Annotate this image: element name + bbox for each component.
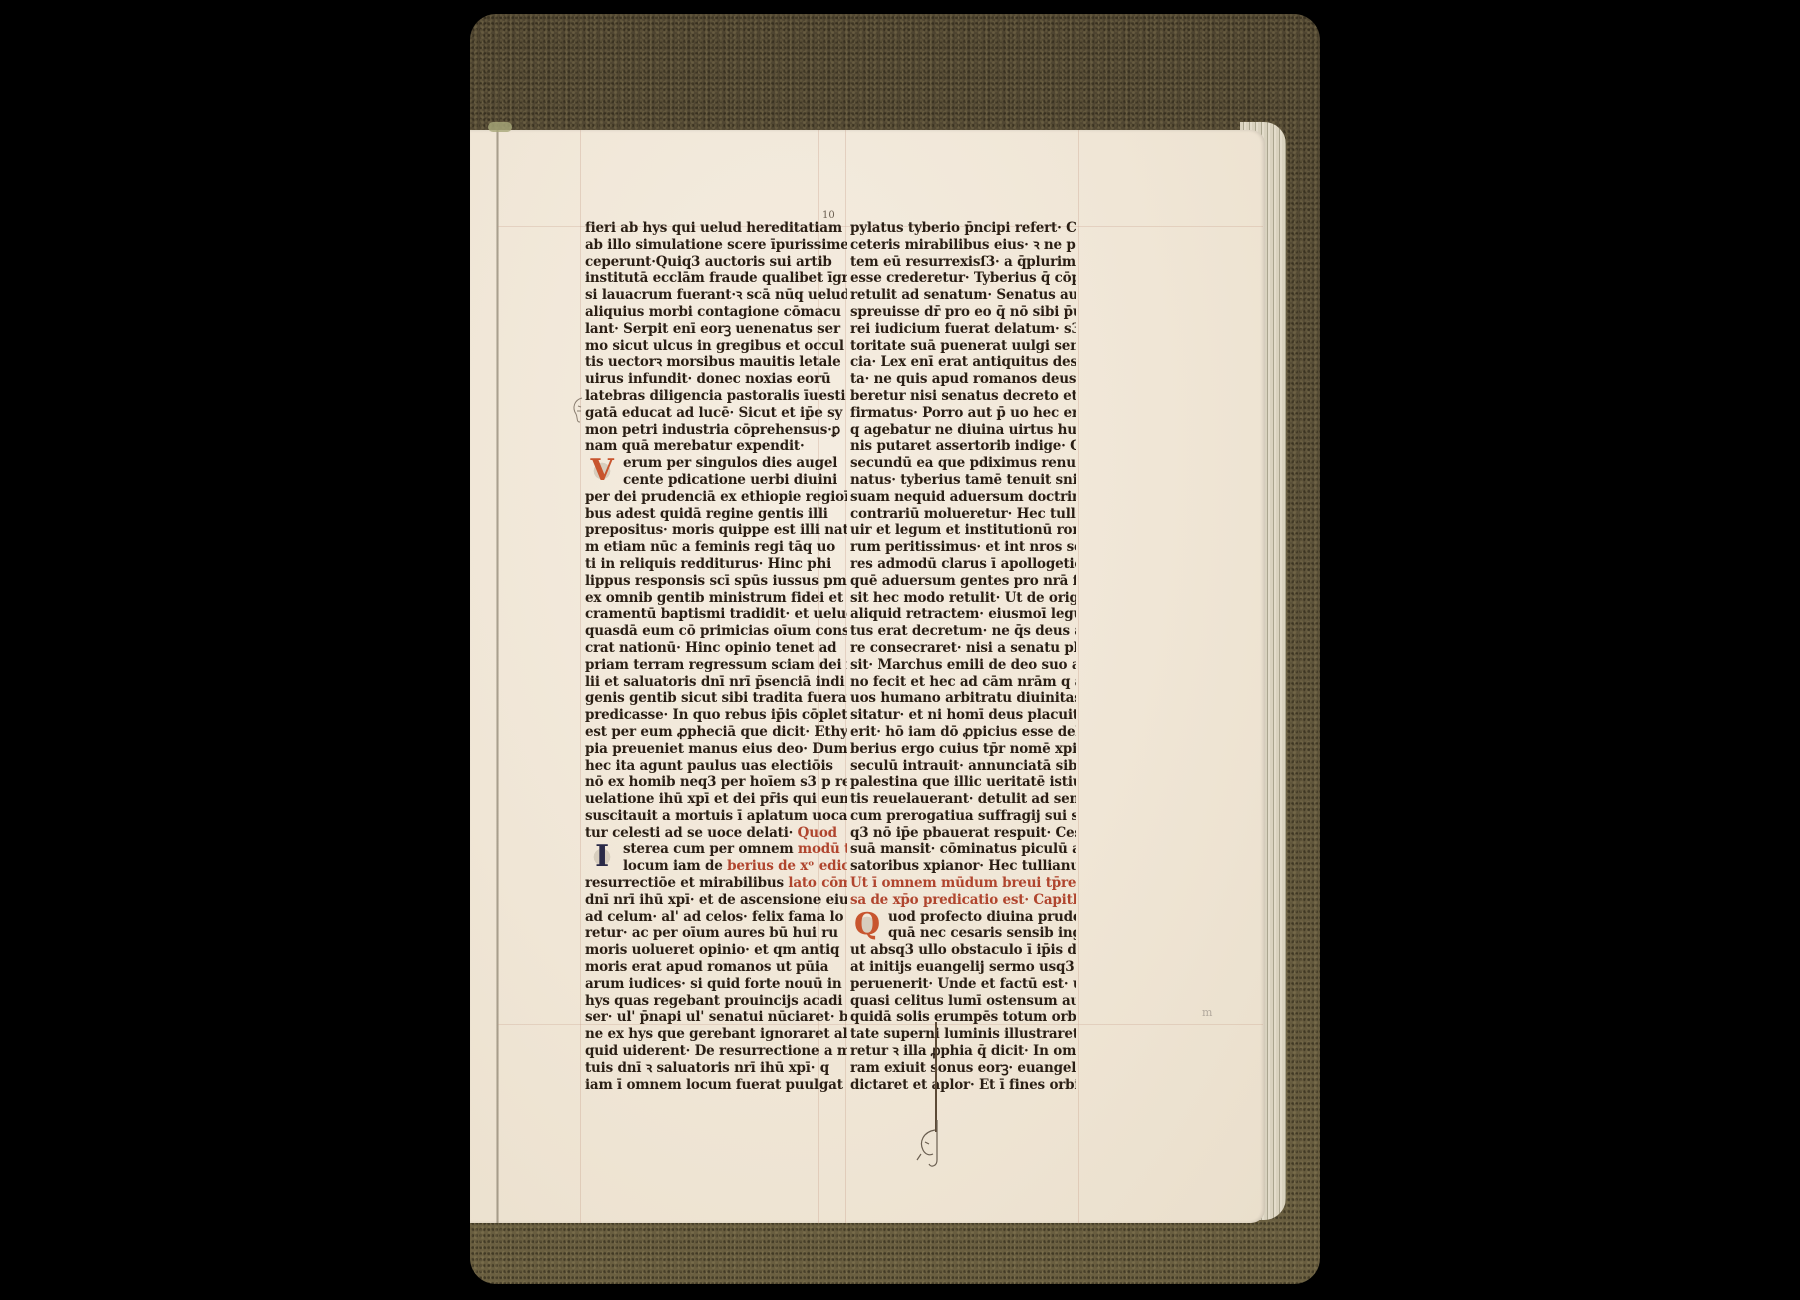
text-line: ser· ul' p̄napi ul' senatui nūciaret· ba (585, 1009, 847, 1026)
text-line: resurrectiōe et mirabilibus lato cōmonet… (585, 875, 847, 892)
text-line: quasdā eum cō primicias oīum conse (585, 623, 847, 640)
section-v: V erum per singulos dies augel cente pdi… (585, 455, 847, 841)
text-line: seculū intrauit· annunciatā sibi ex syri… (850, 758, 1076, 775)
text-line: moris uolueret opinio· et qm antiq (585, 942, 847, 959)
text-line: retur ꝛ illa ꝓphia q̄ dicit· In omnem t̄ (850, 1043, 1076, 1060)
text-line: ut absq3 ullo obstaculo ī ip̄is dū ter (850, 942, 1076, 959)
text-line: sitatur· et ni homī deus placuit· ds nō (850, 707, 1076, 724)
text-line: rum peritissimus· et int̄ nros scripto (850, 539, 1076, 556)
text-line: ram exiuit sonus eorꝫ· euangelistarū (850, 1060, 1076, 1077)
text-line: iam ī omnem locum fuerat puulgat (585, 1077, 847, 1094)
text-line: contrariū molueretur· Hec tullianus (850, 506, 1076, 523)
text-line: secundū ea que pdiximus renuissꝫ se (850, 455, 1076, 472)
text-line: hys quas regebant prouincijs acadi (585, 993, 847, 1010)
rubric: lato cōmonet· (788, 875, 847, 891)
text-line: uod profecto diuina prudencia (888, 909, 1076, 926)
signature-mark: m (1202, 1006, 1212, 1019)
text-line: ti in reliquis redditurus· Hinc phi (585, 556, 847, 573)
text-line: m etiam nūc a feminis regi tāq uo (585, 539, 847, 556)
text-line: no fecit et hec ad cām nrām q apd (850, 674, 1076, 691)
text-line: dnī nrī ihū xpī· et de ascensione eius (585, 892, 847, 909)
text-line: quā nec cesaris sensib ingessit (888, 925, 1076, 942)
text-line: tis uectorꝛ morsibus mauitis letale (585, 354, 847, 371)
rubric: Quod (798, 825, 837, 841)
text-line: tus erat decretum· ne q̄s deus ab īpato (850, 623, 1076, 640)
text-line: sit hec modo retulit· Ut de origīe iq̄o (850, 590, 1076, 607)
illuminated-initial: I (585, 841, 619, 873)
text-line: nis putaret assertorib indige· Cuiq3 (850, 438, 1076, 455)
text-line: uelatione ihū xpī et dei pr̄is qui eum (585, 791, 847, 808)
ruling-line (1078, 130, 1079, 1223)
text-line: quidā solis erumpēs totum orbē clari (850, 1009, 1076, 1026)
text-line: locum iam de berius de xᵒ edict a py (623, 858, 847, 875)
ruling-line (580, 130, 581, 1223)
text-line: at initijs euangelij sermo usq3 quaq3 (850, 959, 1076, 976)
text-line: sterea cum per omnem modū ty (623, 841, 847, 858)
text-line: fieri ab hys qui uelud hereditatiam (585, 220, 847, 237)
illuminated-initial: Q (850, 909, 884, 941)
text-line: suam nequid aduersum doctrinā xpī (850, 489, 1076, 506)
text-line: cente pdicatione uerbi diuini (623, 472, 847, 489)
text-line: ne ex hys que gerebant ignoraret ali (585, 1026, 847, 1043)
text-line: spreuisse dr̄ pro eo q̄ nō sibi p̄us hui (850, 304, 1076, 321)
text-line: predicasse· In quo rebus ip̄is cōpleta (585, 707, 847, 724)
text-line: palestina que illic ueritatē istius diui… (850, 774, 1076, 791)
rubric-heading: sa de xp̄o predicatio est· Capitl· (850, 892, 1076, 909)
text-line: quid uiderent· De resurrectione a mor (585, 1043, 847, 1060)
section-q: Q uod profecto diuina prudencia quā nec … (850, 909, 1076, 1094)
text-line: uir et legum et institutionū romano (850, 522, 1076, 539)
rubric: berius de xᵒ edict a py (727, 858, 847, 874)
text-line: erum per singulos dies augel (623, 455, 847, 472)
rubric: modū ty (798, 841, 847, 857)
text-line: ex omnib gentib ministrum fidei et sa (585, 590, 847, 607)
text-line: ceperunt·Quiq3 auctoris sui artib (585, 254, 847, 271)
section-i: I sterea cum per omnem modū ty locum iam… (585, 841, 847, 1093)
text-line: lant· Serpit enī eorꝫ uenenatus ser (585, 321, 847, 338)
text-line: moris erat apud romanos ut pūia (585, 959, 847, 976)
catchword-guide-line (935, 1022, 937, 1132)
text-line: gatā educat ad lucē· Sicut et ip̄e sy (585, 405, 847, 422)
gutter-fold (496, 130, 499, 1223)
text-line: esse crederetur· Tyberius q̄ cōpererat (850, 270, 1076, 287)
text-line: tem eū resurrexisſ3· a q̄plurimis iam de (850, 254, 1076, 271)
text-line: retur· ac per oīum aures bū hui ru (585, 925, 847, 942)
binding-thread (488, 122, 512, 132)
text-line: rei iudicium fuerat delatum· s3 auc (850, 321, 1076, 338)
text-line: prepositus· moris quippe est illi nati (585, 522, 847, 539)
text-line: re consecraret· nisi a senatu pbatus (850, 640, 1076, 657)
text-line: tis reuelauerant· detulit ad senatum (850, 791, 1076, 808)
text-line: ta· ne quis apud romanos deus ha (850, 371, 1076, 388)
text-line: tate superni luminis illustraret· ut cōp… (850, 1026, 1076, 1043)
text-line: cramentū baptismi tradidit· et uelud (585, 606, 847, 623)
text-line: institutā ecclām fraude qualibet īgrel (585, 270, 847, 287)
text-line: uirus infundit· donec noxias eorū (585, 371, 847, 388)
text-line: aliquid retractem· eiusmoī legū ue (850, 606, 1076, 623)
text-line: erit· hō iam dō ꝓpicius esse debebit· Ty (850, 724, 1076, 741)
text-line: lii et saluatoris dnī nrī p̄senciā indi (585, 674, 847, 691)
text-line: quē aduersum gentes pro nrā fide scp (850, 573, 1076, 590)
text-line: latebras diligencia pastoralis īuesti (585, 388, 847, 405)
text-line: mo sicut ulcus in gregibus et occul (585, 338, 847, 355)
text-line: arum iudices· si quid forte nouū in (585, 976, 847, 993)
rubric-heading: Ut ī omnem mūdum breui tp̄re diffu (850, 875, 1076, 892)
text-line: hec ita agunt paulus uas electiōis (585, 758, 847, 775)
text-line: bus adest quidā regine gentis illi (585, 506, 847, 523)
text-line: uos humano arbitratu diuinitas p̄ (850, 690, 1076, 707)
text-line: cum prerogatiua suffragij sui senatus (850, 808, 1076, 825)
left-column: fieri ab hys qui uelud hereditatiam ab i… (585, 220, 847, 1093)
grotesque-head-icon (915, 1120, 955, 1170)
text-line: aliquius morbi contagione cōmacu (585, 304, 847, 321)
text-line: quasi celitus lumī ostensum aut radi (850, 993, 1076, 1010)
text-line: est per eum ꝓpheciā que dicit· Ethyo (585, 724, 847, 741)
text-line: suscitauit a mortuis ī apl̄atum uoca (585, 808, 847, 825)
text-line: suā mansit· cōminatus piculū accu (850, 841, 1076, 858)
text-line: pylatus tyberio p̄ncipi refert· Cꝫ ꝛ de (850, 220, 1076, 237)
text-line: ab illo simulatione scere īpurissime h (585, 237, 847, 254)
text-line: toritate suā puenerat uulgi senten (850, 338, 1076, 355)
illuminated-initial: V (585, 455, 619, 487)
text-line: genis gentib sicut sibi tradita fuerat (585, 690, 847, 707)
right-column: pylatus tyberio p̄ncipi refert· Cꝫ ꝛ de … (850, 220, 1076, 1093)
text-line: retulit ad senatum· Senatus autē (850, 287, 1076, 304)
text-line: nō ex homib neq3 per hoīem s3 p re (585, 774, 847, 791)
text-line: peruenerit· Unde et factū est· ut repent… (850, 976, 1076, 993)
text-line: crat nationū· Hinc opinio tenet ad (585, 640, 847, 657)
text-line: res admodū clarus ī apollogetico suo (850, 556, 1076, 573)
text-line: beretur nisi senatus decreto et sniā cō (850, 388, 1076, 405)
text-line: tur celesti ad se uoce delati· Quod (585, 825, 847, 842)
text-line: q agebatur ne diuina uirtus huma (850, 422, 1076, 439)
text-line: sit· Marchus emili de deo suo albur (850, 657, 1076, 674)
text-line: lippus responsis scī spūs iussus pmo (585, 573, 847, 590)
text-line: cia· Lex enī erat antiquitus designa (850, 354, 1076, 371)
text-line: si lauacrum fuerant·ꝛ scā nūq uelud (585, 287, 847, 304)
text-line: berius ergo cuius tp̄r nomē xpianū in (850, 741, 1076, 758)
text-line: ceteris mirabilibus eius· ꝛ ne post mor (850, 237, 1076, 254)
text-line: ad celum· al' ad celos· felix fama lo (585, 909, 847, 926)
text-line: mon petri industria cōprehensus·ꝑ (585, 422, 847, 439)
text-line: per dei prudenciā ex ethiopie regioī (585, 489, 847, 506)
text-line: dictaret et aplor· Et ī fines orbis (850, 1077, 1076, 1094)
text-line: natus· tyberius tamē tenuit sniam (850, 472, 1076, 489)
text-line: firmatus· Porro aut p̄ uo hec erat (850, 405, 1076, 422)
text-line: tuis dnī ꝛ saluatoris nrī ihū xpī· q (585, 1060, 847, 1077)
text-line: nam quā merebatur expendit· (585, 438, 847, 455)
text-line: priam terram regressum sciam dei fi (585, 657, 847, 674)
marginal-face-icon (568, 396, 590, 424)
text-line: satoribus xpianor· Hec tullianus· (850, 858, 1076, 875)
text-line: pia preueniet manus eius deo· Dum (585, 741, 847, 758)
text-line: q3 nō ip̄e pbauerat respuit· Cesar in (850, 825, 1076, 842)
